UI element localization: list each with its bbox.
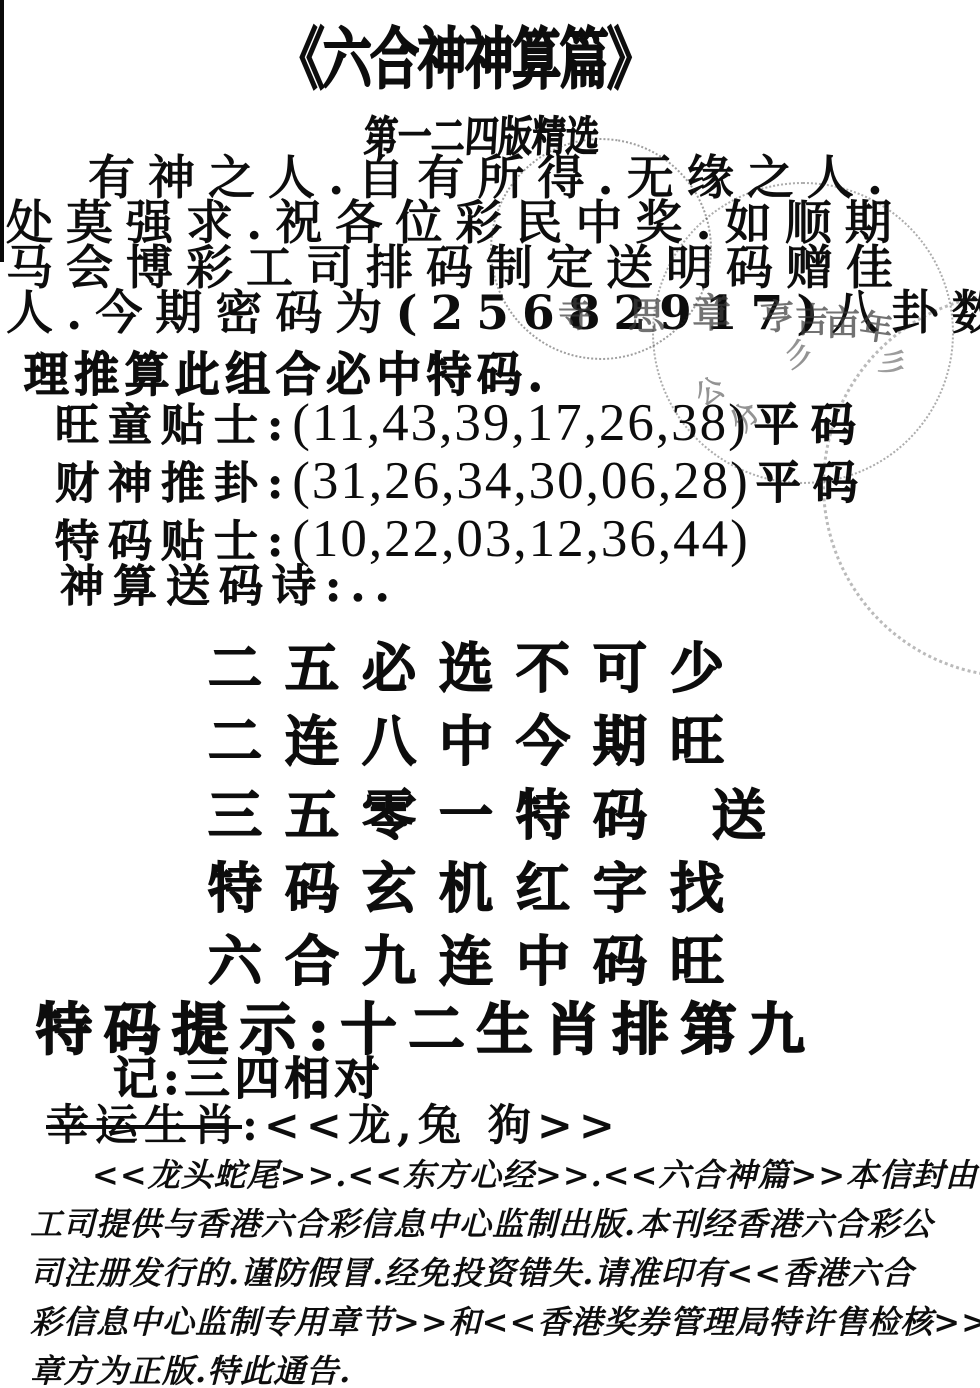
stamp-glyph: 思	[628, 286, 665, 340]
tip-label: 旺童贴士:	[55, 400, 292, 451]
tip-label: 财神推卦:	[55, 458, 292, 509]
footer-line: 工司提供与香港六合彩信息中心监制出版.本刊经香港六合彩公	[30, 1199, 974, 1245]
poem-line: 三五零一特码 送	[208, 773, 789, 850]
document-title: 《六合神神算篇》	[102, 6, 827, 101]
poem-line: 六合九连中码旺	[208, 919, 747, 996]
poem-line: 二五必选不可少	[208, 626, 747, 703]
special-hint-value: 十二生肖排第九	[341, 997, 817, 1063]
poem-line: 二连八中今期旺	[208, 699, 747, 776]
poem-line: 特码玄机红字找	[208, 846, 747, 923]
footer-line: 章方为正版.特此通告.	[30, 1346, 974, 1388]
scan-edge-bar	[0, 0, 4, 262]
stamp-glyph: 亩	[825, 296, 860, 346]
document-page: 《六合神神算篇》 第一二四版精选 有神之人.自有所得.无缘之人. 处莫强求.祝各…	[0, 0, 980, 1388]
stamp-glyph: 章	[692, 283, 731, 339]
lucky-zodiac-label: 幸运生肖	[46, 1101, 242, 1151]
lucky-zodiac-line: 幸运生肖:<<龙,兔 狗>>	[46, 1092, 621, 1153]
footer-line: 彩信息中心监制专用章节>>和<<香港奖券管理局特许售检核>>的	[30, 1297, 974, 1343]
footer-line: 司注册发行的.谨防假冒.经免投资错失.请准印有<<香港六合	[30, 1248, 974, 1294]
lucky-zodiac-value: <<龙,兔 狗>>	[264, 1101, 621, 1151]
lucky-zodiac-colon: :	[242, 1101, 264, 1151]
footer-line: <<龙头蛇尾>>.<<东方心经>>.<<六合神篇>>本信封由香港龙头尾	[30, 1150, 980, 1196]
tip-numbers: (31,26,34,30,06,28)	[292, 452, 750, 510]
stamp-glyph: 寺	[558, 288, 592, 337]
poem-heading: 神算送码诗:..	[60, 550, 399, 614]
